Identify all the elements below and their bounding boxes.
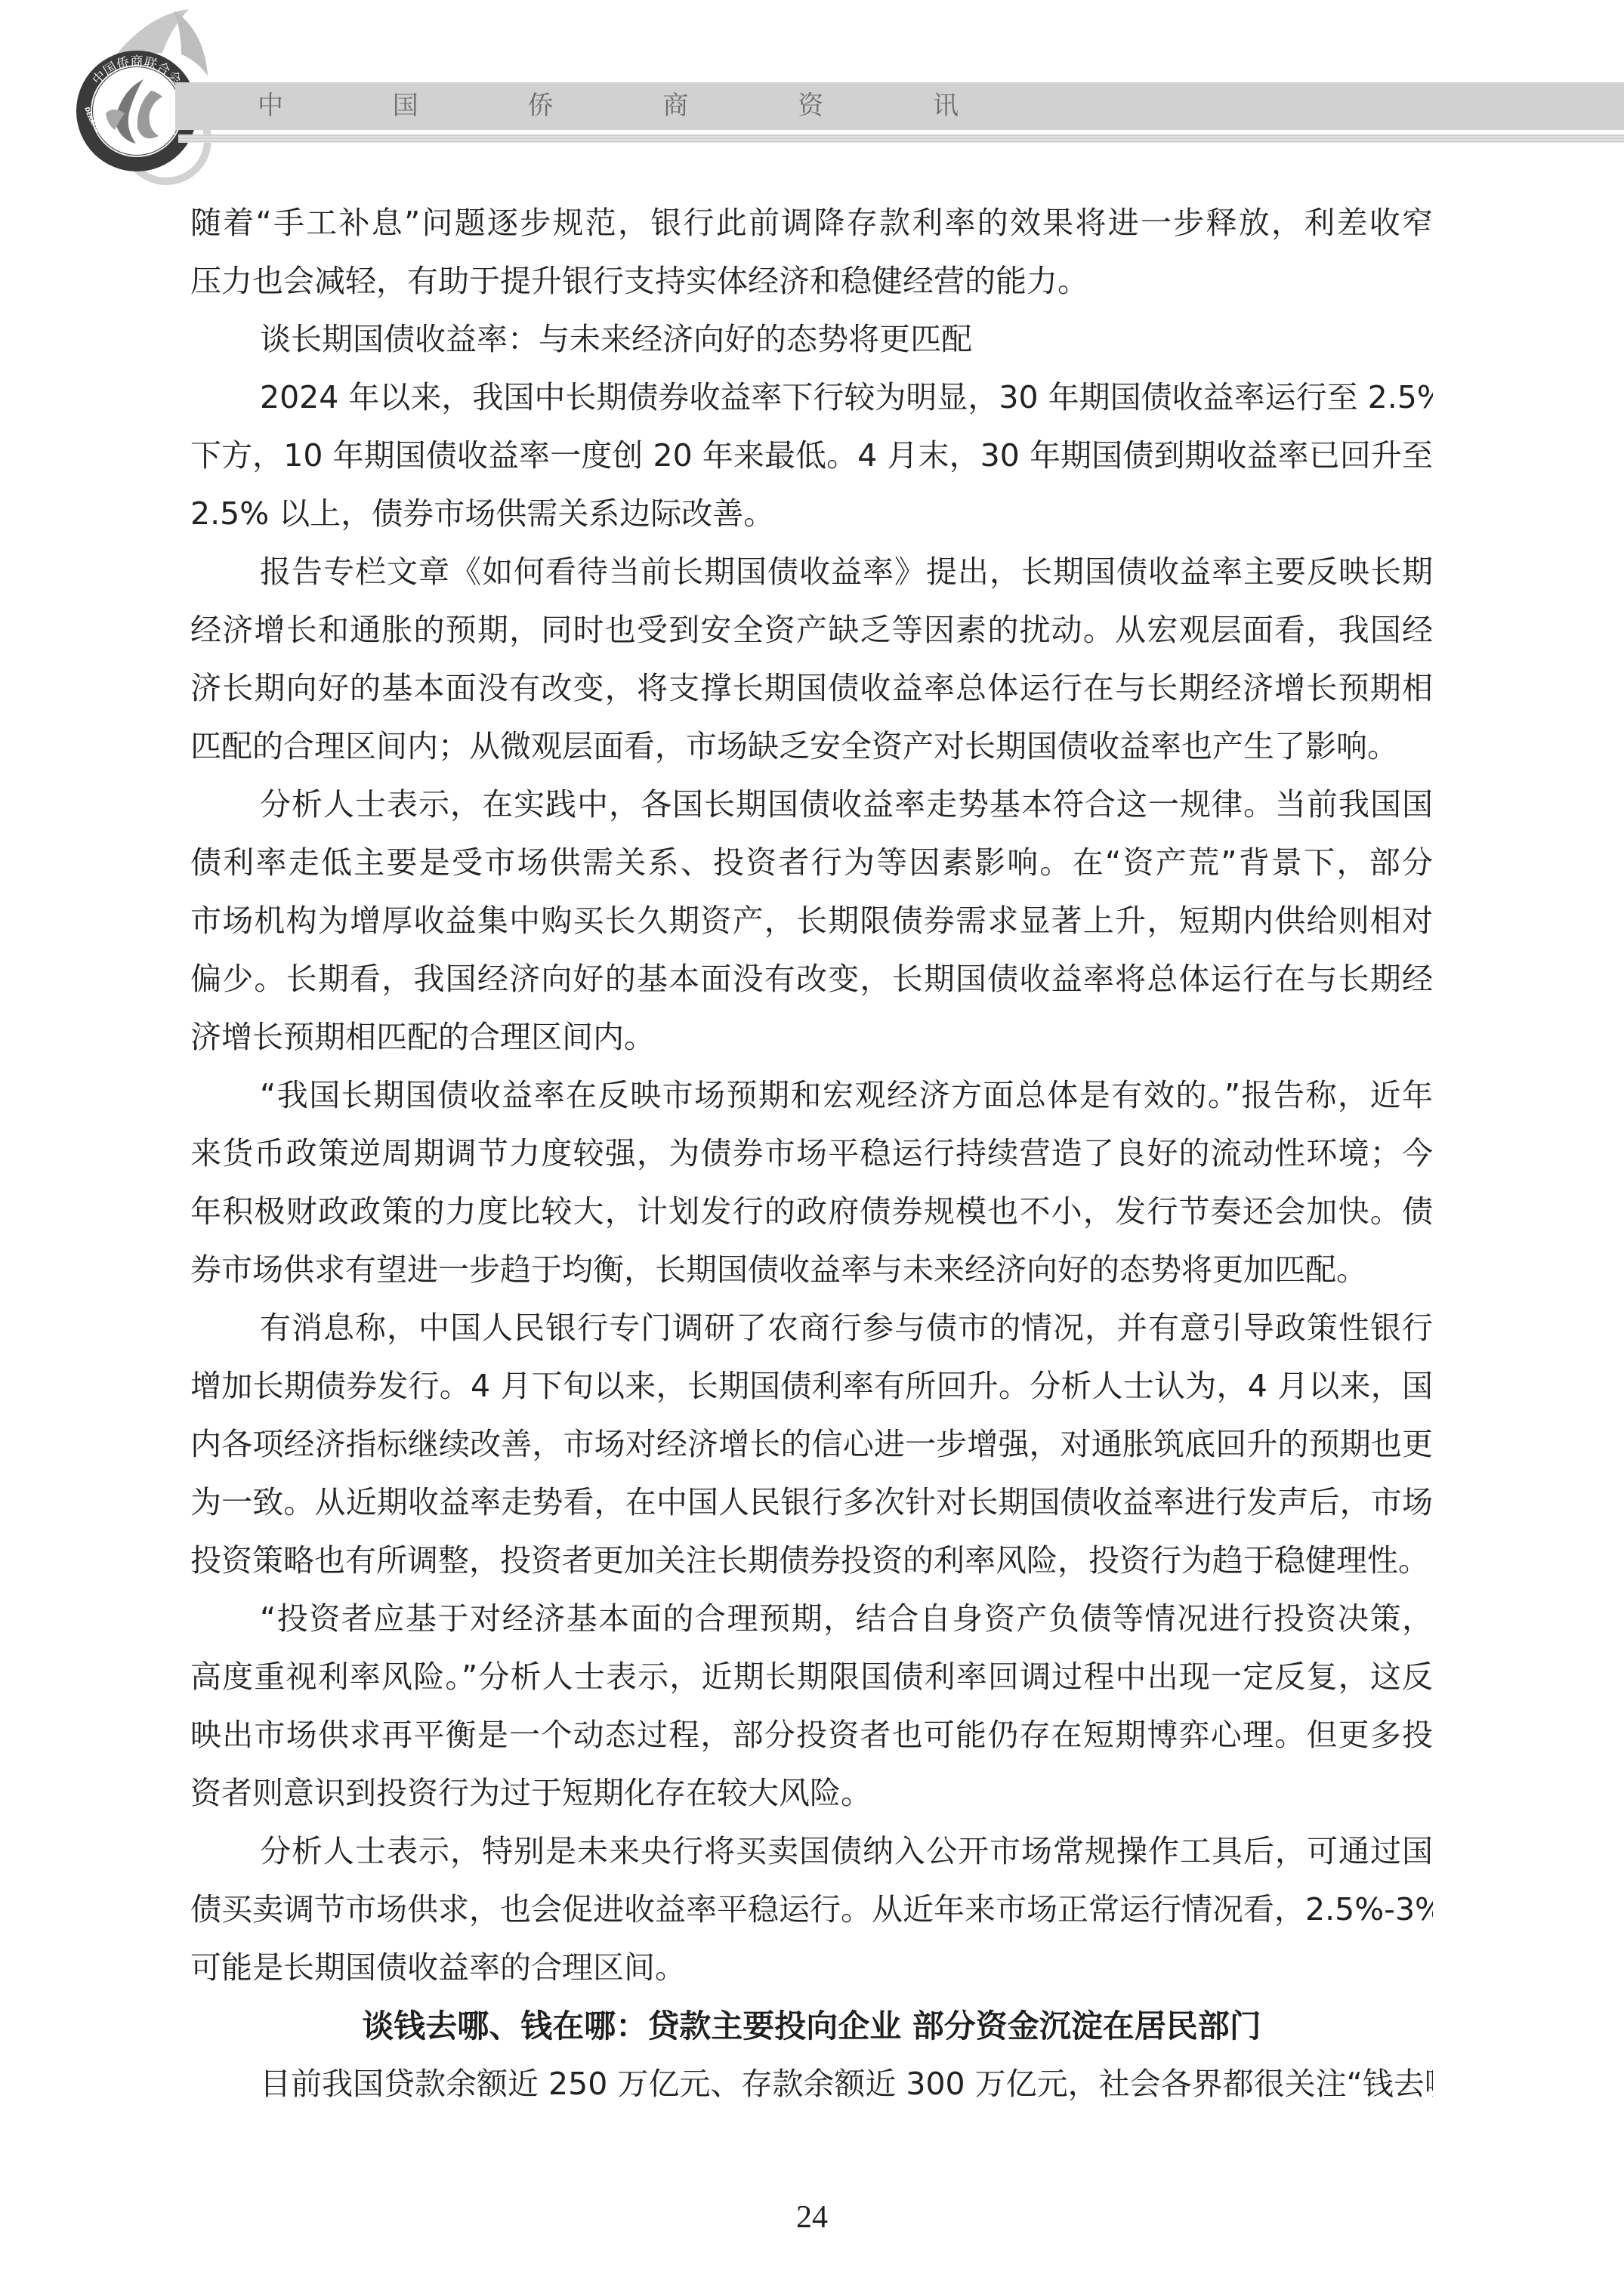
text-line: 谈长期国债收益率：与未来经济向好的态势将更匹配: [190, 310, 1433, 369]
paragraph: “我国长期国债收益率在反映市场预期和宏观经济方面总体是有效的。”报告称，近年来货…: [190, 1066, 1433, 1299]
text-line: 分析人士表示，在实践中，各国长期国债收益率走势基本符合这一规律。当前我国国: [190, 776, 1433, 834]
text-line: “投资者应基于对经济基本面的合理预期，结合自身资产负债等情况进行投资决策，: [190, 1590, 1433, 1648]
text-line: 压力也会减轻，有助于提升银行支持实体经济和稳健经营的能力。: [190, 252, 1433, 310]
article-body: 随着“手工补息”问题逐步规范，银行此前调降存款利率的效果将进一步释放，利差收窄压…: [190, 194, 1433, 2113]
text-line: 分析人士表示，特别是未来央行将买卖国债纳入公开市场常规操作工具后，可通过国: [190, 1822, 1433, 1881]
text-line: 内各项经济指标继续改善，市场对经济增长的信心进一步增强，对通胀筑底回升的预期也更: [190, 1415, 1433, 1474]
text-line: 市场机构为增厚收益集中购买长久期资产，长期限债券需求显著上升，短期内供给则相对: [190, 892, 1433, 950]
text-line: 债买卖调节市场供求，也会促进收益率平稳运行。从近年来市场正常运行情况看，2.5%…: [190, 1881, 1433, 1939]
text-line: 有消息称，中国人民银行专门调研了农商行参与债市的情况，并有意引导政策性银行: [190, 1299, 1433, 1357]
paragraph: 随着“手工补息”问题逐步规范，银行此前调降存款利率的效果将进一步释放，利差收窄压…: [190, 194, 1433, 310]
text-line: 匹配的合理区间内；从微观层面看，市场缺乏安全资产对长期国债收益率也产生了影响。: [190, 718, 1433, 776]
text-line: 济长期向好的基本面没有改变，将支撑长期国债收益率总体运行在与长期经济增长预期相: [190, 659, 1433, 718]
text-line: 目前我国贷款余额近 250 万亿元、存款余额近 300 万亿元，社会各界都很关注…: [190, 2055, 1433, 2113]
text-line: 年积极财政政策的力度比较大，计划发行的政府债券规模也不小，发行节奏还会加快。债: [190, 1183, 1433, 1241]
text-line: 增加长期债券发行。4 月下旬以来，长期国债利率有所回升。分析人士认为，4 月以来…: [190, 1357, 1433, 1415]
text-line: 谈钱去哪、钱在哪：贷款主要投向企业 部分资金沉淀在居民部门: [190, 1997, 1433, 2055]
publication-title: 中 国 侨 商 资 讯: [258, 82, 1009, 130]
text-line: 为一致。从近期收益率走势看，在中国人民银行多次针对长期国债收益率进行发声后，市场: [190, 1474, 1433, 1532]
page-number: 24: [774, 2199, 850, 2236]
text-line: 投资策略也有所调整，投资者更加关注长期债券投资的利率风险，投资行为趋于稳健理性。: [190, 1532, 1433, 1590]
header-divider: [178, 134, 1624, 143]
text-line: 随着“手工补息”问题逐步规范，银行此前调降存款利率的效果将进一步释放，利差收窄: [190, 194, 1433, 252]
paragraph: “投资者应基于对经济基本面的合理预期，结合自身资产负债等情况进行投资决策，高度重…: [190, 1590, 1433, 1822]
text-line: 2.5% 以上，债券市场供需关系边际改善。: [190, 485, 1433, 543]
paragraph: 2024 年以来，我国中长期债券收益率下行较为明显，30 年期国债收益率运行至 …: [190, 369, 1433, 543]
paragraph: 分析人士表示，在实践中，各国长期国债收益率走势基本符合这一规律。当前我国国债利率…: [190, 776, 1433, 1066]
subheading: 谈长期国债收益率：与未来经济向好的态势将更匹配: [190, 310, 1433, 369]
text-line: 可能是长期国债收益率的合理区间。: [190, 1939, 1433, 1997]
section-heading: 谈钱去哪、钱在哪：贷款主要投向企业 部分资金沉淀在居民部门: [190, 1997, 1433, 2055]
text-line: 债利率走低主要是受市场供需关系、投资者行为等因素影响。在“资产荒”背景下，部分: [190, 834, 1433, 892]
text-line: 报告专栏文章《如何看待当前长期国债收益率》提出，长期国债收益率主要反映长期: [190, 543, 1433, 601]
text-line: 经济增长和通胀的预期，同时也受到安全资产缺乏等因素的扰动。从宏观层面看，我国经: [190, 601, 1433, 659]
text-line: 高度重视利率风险。”分析人士表示，近期长期限国债利率回调过程中出现一定反复，这反: [190, 1648, 1433, 1706]
paragraph: 分析人士表示，特别是未来央行将买卖国债纳入公开市场常规操作工具后，可通过国债买卖…: [190, 1822, 1433, 1997]
text-line: “我国长期国债收益率在反映市场预期和宏观经济方面总体是有效的。”报告称，近年: [190, 1066, 1433, 1125]
paragraph: 有消息称，中国人民银行专门调研了农商行参与债市的情况，并有意引导政策性银行增加长…: [190, 1299, 1433, 1590]
text-line: 来货币政策逆周期调节力度较强，为债券市场平稳运行持续营造了良好的流动性环境；今: [190, 1125, 1433, 1183]
paragraph: 目前我国贷款余额近 250 万亿元、存款余额近 300 万亿元，社会各界都很关注…: [190, 2055, 1433, 2113]
text-line: 济增长预期相匹配的合理区间内。: [190, 1008, 1433, 1066]
text-line: 下方，10 年期国债收益率一度创 20 年来最低。4 月末，30 年期国债到期收…: [190, 427, 1433, 485]
text-line: 券市场供求有望进一步趋于均衡，长期国债收益率与未来经济向好的态势将更加匹配。: [190, 1241, 1433, 1299]
text-line: 2024 年以来，我国中长期债券收益率下行较为明显，30 年期国债收益率运行至 …: [190, 369, 1433, 427]
text-line: 偏少。长期看，我国经济向好的基本面没有改变，长期国债收益率将总体运行在与长期经: [190, 950, 1433, 1008]
text-line: 资者则意识到投资行为过于短期化存在较大风险。: [190, 1764, 1433, 1822]
paragraph: 报告专栏文章《如何看待当前长期国债收益率》提出，长期国债收益率主要反映长期经济增…: [190, 543, 1433, 776]
text-line: 映出市场供求再平衡是一个动态过程，部分投资者也可能仍存在短期博弈心理。但更多投: [190, 1706, 1433, 1764]
